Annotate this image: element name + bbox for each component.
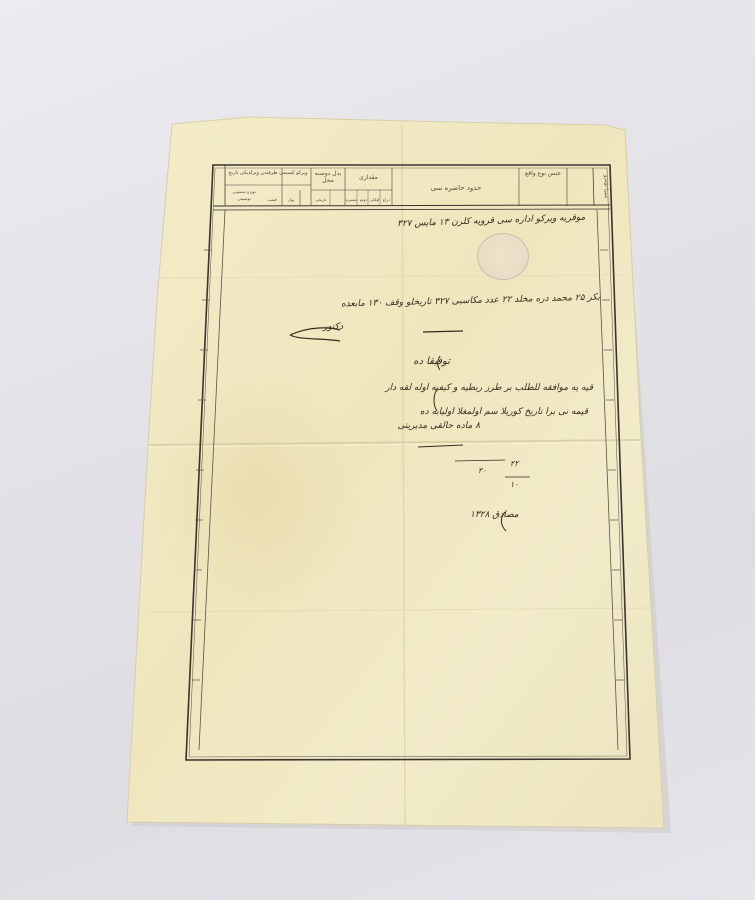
header-mesaha-mesire: مسیره [346,196,357,203]
header-tarih: ویرکو کسیمی طرفندن ویرلدیکی تاریخ [228,170,308,177]
header-pul: پول [283,196,299,203]
header-mesaha-zira: ذراع [381,196,392,203]
header-mesaha-olcek: اولکی [369,196,380,203]
header-mesaha-donum: دونم [358,196,369,203]
handwriting-body-1: قیه یه موافقه للطلب بر طرز ربطیه و کیفیه… [385,383,593,393]
handwriting-note-3: ۱۰ [510,480,519,489]
official-seal [477,233,529,280]
paper-sheet [0,0,755,900]
handwriting-note-1: ۲۲ [510,459,519,468]
header-cins: جنس نوع واقع [520,170,566,177]
handwriting-note-2: ۲۰ [478,466,487,475]
handwriting-body-2: قیمه نی برا تاریخ کوریلا سم اولمغلا اولی… [420,407,588,417]
header-kiymet: قیمت [262,196,282,203]
header-sira: سیرا نومرو [595,170,609,204]
handwriting-heading: توفیقا ده [413,356,450,367]
photo-scene: سیرا نومرو جنس نوع واقع حدود حاضره سی مق… [0,0,755,900]
handwriting-body-3: ۸ ماده حالقی مدیریتی [397,421,480,431]
header-hudud: حدود حاضره سی [395,185,517,192]
header-bedel-tarih: تاریخی [312,196,330,203]
header-mesaha: مقداری [346,174,391,181]
header-nev: نوع و منسوبی توصیفی [226,188,262,202]
handwriting-footer-note: مصادق ۱۳۲۸ [470,510,519,520]
handwriting-signature: دکتور [323,322,343,332]
header-bedel: بدل دوسنه محل [312,170,344,184]
